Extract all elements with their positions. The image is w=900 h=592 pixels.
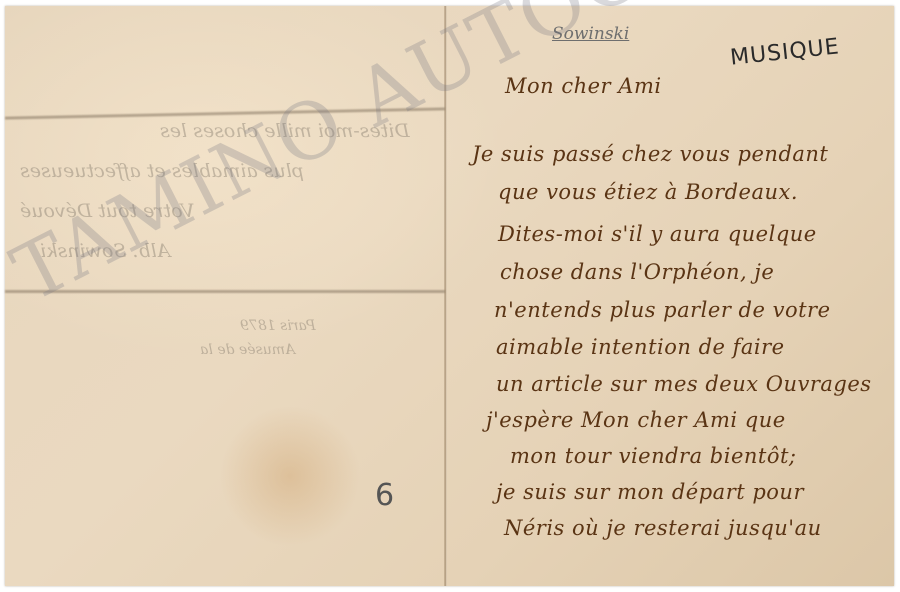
pencil-page-number: 6 xyxy=(375,478,394,513)
letter-line: j'espère Mon cher Ami que xyxy=(486,408,786,432)
letter-line: mon tour viendra bientôt; xyxy=(510,444,797,468)
letter-line: aimable intention de faire xyxy=(496,335,785,359)
letter-line: n'entends plus parler de votre xyxy=(494,298,831,322)
letter-line: un article sur mes deux Ouvrages xyxy=(496,372,872,396)
letter-line: Néris où je resterai jusqu'au xyxy=(504,516,822,540)
letter-line: je suis sur mon départ pour xyxy=(496,480,804,504)
salutation: Mon cher Ami xyxy=(505,74,662,98)
letter-line: Je suis passé chez vous pendant xyxy=(472,142,828,166)
bleed-through-line: Amusée de la xyxy=(200,342,295,358)
letter-line: que vous étiez à Bordeaux. xyxy=(498,180,798,204)
letter-line: Dites-moi s'il y aura quelque xyxy=(498,222,817,246)
bleed-through-line: Paris 1879 xyxy=(240,318,316,334)
letter-line: chose dans l'Orphéon, je xyxy=(500,260,774,284)
